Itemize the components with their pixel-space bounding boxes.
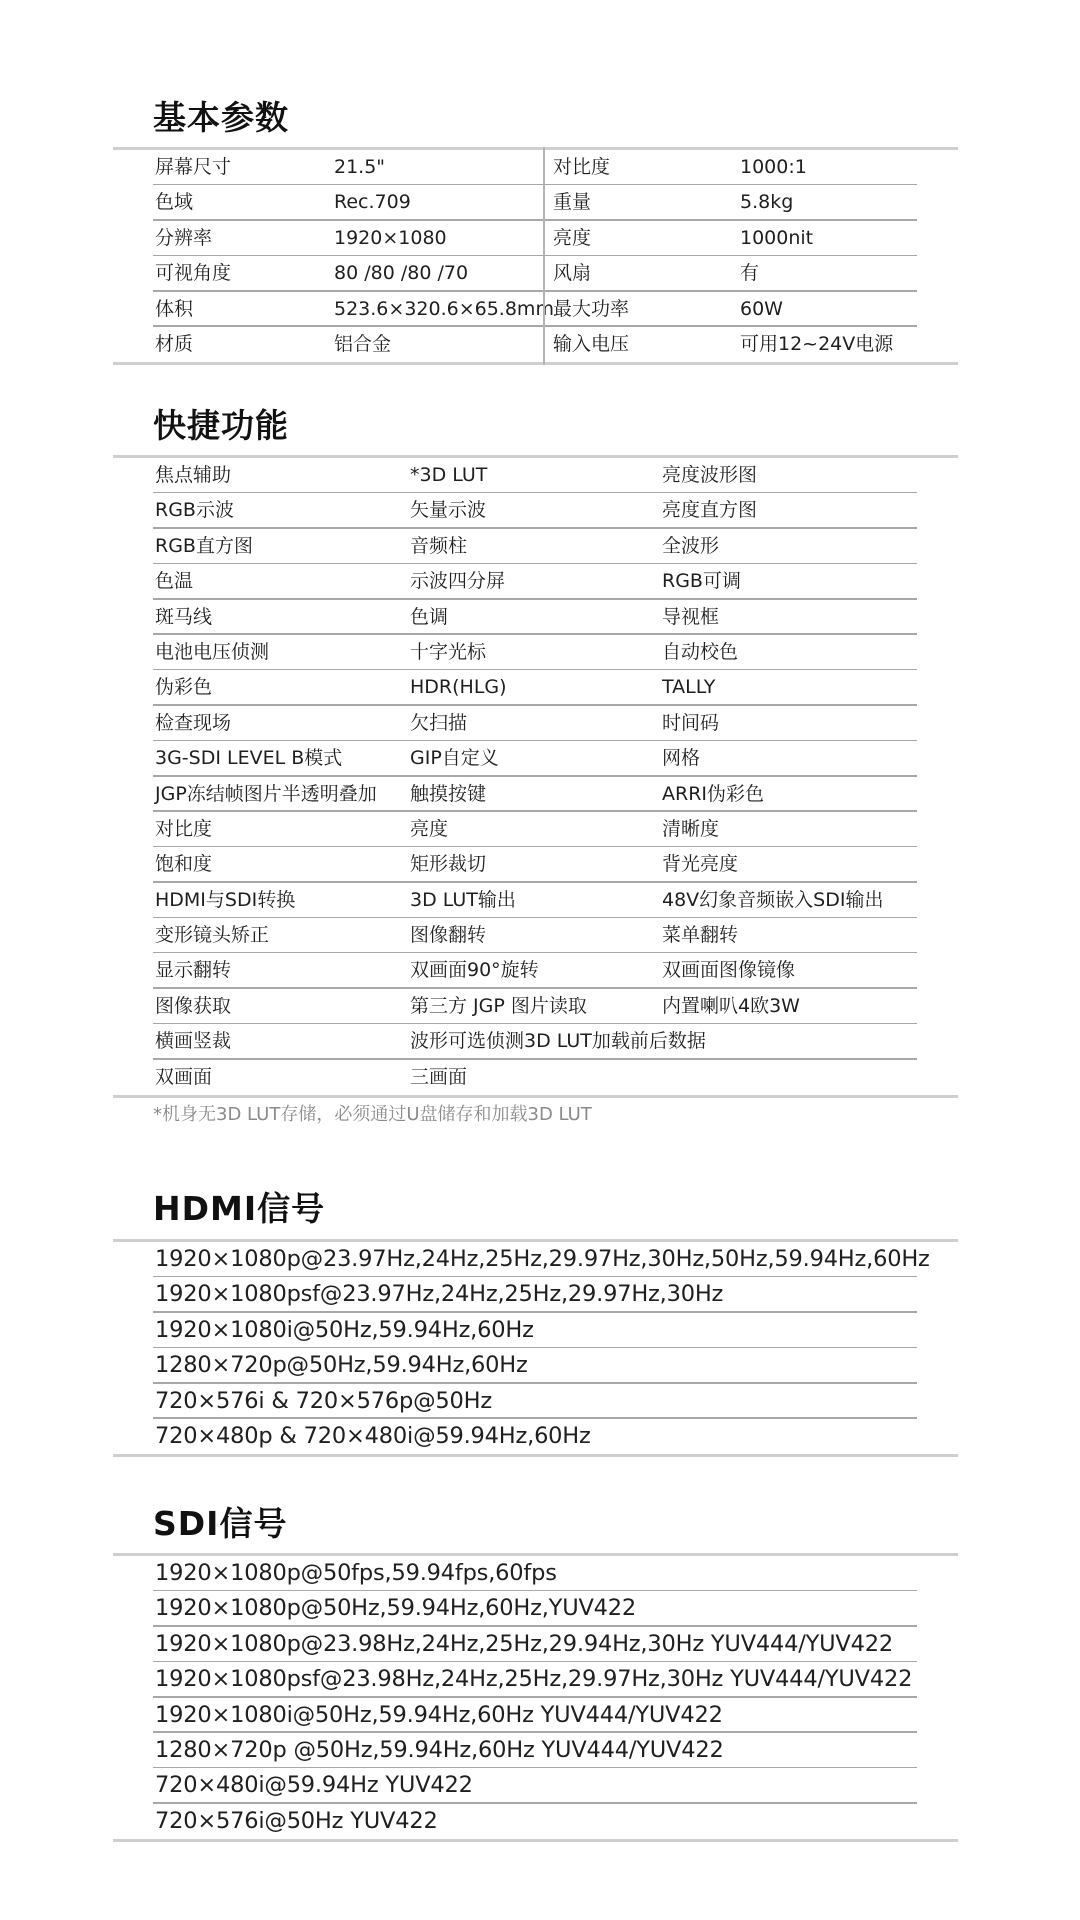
table-row: 色域Rec.709重量5.8kg: [113, 185, 958, 220]
table-row: 电池电压侦测十字光标自动校色: [113, 635, 958, 670]
spec-value: 1000:1: [740, 150, 807, 184]
table-bottom-border: [113, 1095, 958, 1098]
spec-label: 材质: [155, 327, 193, 361]
table-row: 可视角度80 /80 /80 /70风扇有: [113, 256, 958, 291]
table-bottom-border: [113, 1454, 958, 1457]
spec-label: 屏幕尺寸: [155, 150, 231, 184]
spec-value: 1920×1080: [334, 221, 447, 255]
feature-item: 焦点辅助: [155, 458, 231, 492]
feature-item: 矢量示波: [410, 493, 486, 527]
spec-label: 亮度: [553, 221, 591, 255]
feature-item: 变形镜头矫正: [155, 918, 269, 952]
spec-label: 体积: [155, 292, 193, 326]
feature-item: GIP自定义: [410, 741, 499, 775]
spec-label: 对比度: [553, 150, 610, 184]
feature-item: 全波形: [662, 529, 719, 563]
table-row: 伪彩色HDR(HLG)TALLY: [113, 670, 958, 705]
feature-item: 图像翻转: [410, 918, 486, 952]
feature-item: 双画面: [155, 1060, 212, 1094]
table-row: 1920×1080psf@23.98Hz,24Hz,25Hz,29.97Hz,3…: [113, 1662, 958, 1697]
feature-item: 饱和度: [155, 847, 212, 881]
feature-item: 菜单翻转: [662, 918, 738, 952]
spec-value: 523.6×320.6×65.8mm: [334, 292, 554, 326]
spec-value: 21.5": [334, 150, 385, 184]
section-title-hdmi: HDMI信号: [153, 1189, 325, 1229]
table-row: 斑马线色调导视框: [113, 600, 958, 635]
table-row: 横画竖裁波形可选侦测3D LUT加载前后数据: [113, 1024, 958, 1059]
spec-value: 5.8kg: [740, 185, 793, 219]
table-row: HDMI与SDI转换3D LUT输出48V幻象音频嵌入SDI输出: [113, 883, 958, 918]
feature-item: 双画面图像镜像: [662, 953, 795, 987]
spec-value: 80 /80 /80 /70: [334, 256, 468, 290]
feature-item: 图像获取: [155, 989, 231, 1023]
table-bottom-border: [113, 362, 958, 365]
feature-item: HDMI与SDI转换: [155, 883, 295, 917]
feature-item: 背光亮度: [662, 847, 738, 881]
feature-item: 显示翻转: [155, 953, 231, 987]
table-row: 材质铝合金输入电压可用12~24V电源: [113, 327, 958, 362]
feature-item: 矩形裁切: [410, 847, 486, 881]
sdi-signal-format: 1920×1080i@50Hz,59.94Hz,60Hz YUV444/YUV4…: [155, 1698, 723, 1732]
table-row: 焦点辅助*3D LUT亮度波形图: [113, 458, 958, 493]
feature-item: 双画面90°旋转: [410, 953, 539, 987]
table-row: 1920×1080i@50Hz,59.94Hz,60Hz YUV444/YUV4…: [113, 1698, 958, 1733]
section-title-features: 快捷功能: [153, 406, 289, 446]
table-row: 1920×1080p@50fps,59.94fps,60fps: [113, 1556, 958, 1591]
sdi-signal-format: 1920×1080p@50Hz,59.94Hz,60Hz,YUV422: [155, 1591, 636, 1625]
feature-item: 3G-SDI LEVEL B模式: [155, 741, 342, 775]
section-title-basic: 基本参数: [153, 98, 289, 138]
feature-item: 检查现场: [155, 706, 231, 740]
basic-params-table: 屏幕尺寸21.5"对比度1000:1色域Rec.709重量5.8kg分辨率192…: [113, 147, 958, 365]
sdi-signal-format: 1920×1080p@50fps,59.94fps,60fps: [155, 1556, 557, 1590]
section-title-sdi: SDI信号: [153, 1504, 287, 1544]
feature-item: 清晰度: [662, 812, 719, 846]
spec-label: 输入电压: [553, 327, 629, 361]
feature-item: 亮度直方图: [662, 493, 757, 527]
feature-item: 导视框: [662, 600, 719, 634]
feature-item: 触摸按键: [410, 777, 486, 811]
sdi-signal-format: 1280×720p @50Hz,59.94Hz,60Hz YUV444/YUV4…: [155, 1733, 724, 1767]
feature-item: 欠扫描: [410, 706, 467, 740]
feature-item: 3D LUT输出: [410, 883, 516, 917]
feature-item: 自动校色: [662, 635, 738, 669]
feature-item: 亮度: [410, 812, 448, 846]
feature-item: 十字光标: [410, 635, 486, 669]
table-row: 分辨率1920×1080亮度1000nit: [113, 221, 958, 256]
hdmi-signal-format: 720×576i & 720×576p@50Hz: [155, 1384, 492, 1418]
table-row: 1280×720p@50Hz,59.94Hz,60Hz: [113, 1348, 958, 1383]
hdmi-signal-table: 1920×1080p@23.97Hz,24Hz,25Hz,29.97Hz,30H…: [113, 1239, 958, 1457]
table-row: 1280×720p @50Hz,59.94Hz,60Hz YUV444/YUV4…: [113, 1733, 958, 1768]
spec-label: 可视角度: [155, 256, 231, 290]
feature-item: ARRI伪彩色: [662, 777, 764, 811]
table-row: 1920×1080p@23.97Hz,24Hz,25Hz,29.97Hz,30H…: [113, 1242, 958, 1277]
table-row: 720×480i@59.94Hz YUV422: [113, 1768, 958, 1803]
table-row: 变形镜头矫正图像翻转菜单翻转: [113, 918, 958, 953]
spec-value: 60W: [740, 292, 783, 326]
feature-item: 伪彩色: [155, 670, 212, 704]
feature-item: 对比度: [155, 812, 212, 846]
table-row: 屏幕尺寸21.5"对比度1000:1: [113, 150, 958, 185]
table-row: 3G-SDI LEVEL B模式GIP自定义网格: [113, 741, 958, 776]
sdi-signal-table: 1920×1080p@50fps,59.94fps,60fps1920×1080…: [113, 1553, 958, 1842]
spec-value: Rec.709: [334, 185, 411, 219]
spec-value: 可用12~24V电源: [740, 327, 893, 361]
feature-item: 内置喇叭4欧3W: [662, 989, 800, 1023]
table-row: 体积523.6×320.6×65.8mm最大功率60W: [113, 292, 958, 327]
feature-item: 网格: [662, 741, 700, 775]
hdmi-signal-format: 1280×720p@50Hz,59.94Hz,60Hz: [155, 1348, 528, 1382]
feature-item: 横画竖裁: [155, 1024, 231, 1058]
hdmi-signal-format: 720×480p & 720×480i@59.94Hz,60Hz: [155, 1419, 591, 1453]
spec-value: 1000nit: [740, 221, 813, 255]
feature-item: 时间码: [662, 706, 719, 740]
table-row: RGB示波矢量示波亮度直方图: [113, 493, 958, 528]
table-row: 720×576i@50Hz YUV422: [113, 1804, 958, 1839]
table-row: 1920×1080p@50Hz,59.94Hz,60Hz,YUV422: [113, 1591, 958, 1626]
feature-item: *3D LUT: [410, 458, 487, 492]
spec-label: 分辨率: [155, 221, 212, 255]
hdmi-signal-format: 1920×1080p@23.97Hz,24Hz,25Hz,29.97Hz,30H…: [155, 1242, 930, 1276]
feature-item: 亮度波形图: [662, 458, 757, 492]
feature-item: TALLY: [662, 670, 715, 704]
feature-item: HDR(HLG): [410, 670, 507, 704]
hdmi-signal-format: 1920×1080i@50Hz,59.94Hz,60Hz: [155, 1313, 534, 1347]
table-row: 色温示波四分屏RGB可调: [113, 564, 958, 599]
feature-item: RGB可调: [662, 564, 741, 598]
sdi-signal-format: 720×480i@59.94Hz YUV422: [155, 1768, 473, 1802]
feature-item: 电池电压侦测: [155, 635, 269, 669]
table-row: 1920×1080psf@23.97Hz,24Hz,25Hz,29.97Hz,3…: [113, 1277, 958, 1312]
sdi-signal-format: 720×576i@50Hz YUV422: [155, 1804, 438, 1838]
table-row: 图像获取第三方 JGP 图片读取内置喇叭4欧3W: [113, 989, 958, 1024]
table-row: 720×480p & 720×480i@59.94Hz,60Hz: [113, 1419, 958, 1454]
table-row: 显示翻转双画面90°旋转双画面图像镜像: [113, 953, 958, 988]
feature-item: 色调: [410, 600, 448, 634]
spec-label: 风扇: [553, 256, 591, 290]
feature-item: 波形可选侦测3D LUT加载前后数据: [410, 1024, 706, 1058]
features-footnote: *机身无3D LUT存储，必须通过U盘储存和加载3D LUT: [153, 1102, 592, 1128]
features-table: 焦点辅助*3D LUT亮度波形图RGB示波矢量示波亮度直方图RGB直方图音频柱全…: [113, 455, 958, 1098]
feature-item: RGB直方图: [155, 529, 253, 563]
table-row: 双画面三画面: [113, 1060, 958, 1095]
sdi-signal-format: 1920×1080p@23.98Hz,24Hz,25Hz,29.94Hz,30H…: [155, 1627, 893, 1661]
table-row: 1920×1080i@50Hz,59.94Hz,60Hz: [113, 1313, 958, 1348]
feature-item: 第三方 JGP 图片读取: [410, 989, 587, 1023]
table-row: 检查现场欠扫描时间码: [113, 706, 958, 741]
feature-item: JGP冻结帧图片半透明叠加: [155, 777, 377, 811]
spec-label: 重量: [553, 185, 591, 219]
hdmi-signal-format: 1920×1080psf@23.97Hz,24Hz,25Hz,29.97Hz,3…: [155, 1277, 723, 1311]
table-row: JGP冻结帧图片半透明叠加触摸按键ARRI伪彩色: [113, 777, 958, 812]
sdi-signal-format: 1920×1080psf@23.98Hz,24Hz,25Hz,29.97Hz,3…: [155, 1662, 912, 1696]
spec-value: 有: [740, 256, 759, 290]
table-row: RGB直方图音频柱全波形: [113, 529, 958, 564]
table-row: 饱和度矩形裁切背光亮度: [113, 847, 958, 882]
feature-item: 示波四分屏: [410, 564, 505, 598]
feature-item: 48V幻象音频嵌入SDI输出: [662, 883, 883, 917]
feature-item: 三画面: [410, 1060, 467, 1094]
feature-item: 色温: [155, 564, 193, 598]
spec-label: 色域: [155, 185, 193, 219]
table-bottom-border: [113, 1839, 958, 1842]
column-divider: [543, 147, 545, 365]
table-row: 对比度亮度清晰度: [113, 812, 958, 847]
feature-item: 音频柱: [410, 529, 467, 563]
feature-item: 斑马线: [155, 600, 212, 634]
table-row: 720×576i & 720×576p@50Hz: [113, 1384, 958, 1419]
spec-label: 最大功率: [553, 292, 629, 326]
feature-item: RGB示波: [155, 493, 234, 527]
spec-value: 铝合金: [334, 327, 391, 361]
table-row: 1920×1080p@23.98Hz,24Hz,25Hz,29.94Hz,30H…: [113, 1627, 958, 1662]
